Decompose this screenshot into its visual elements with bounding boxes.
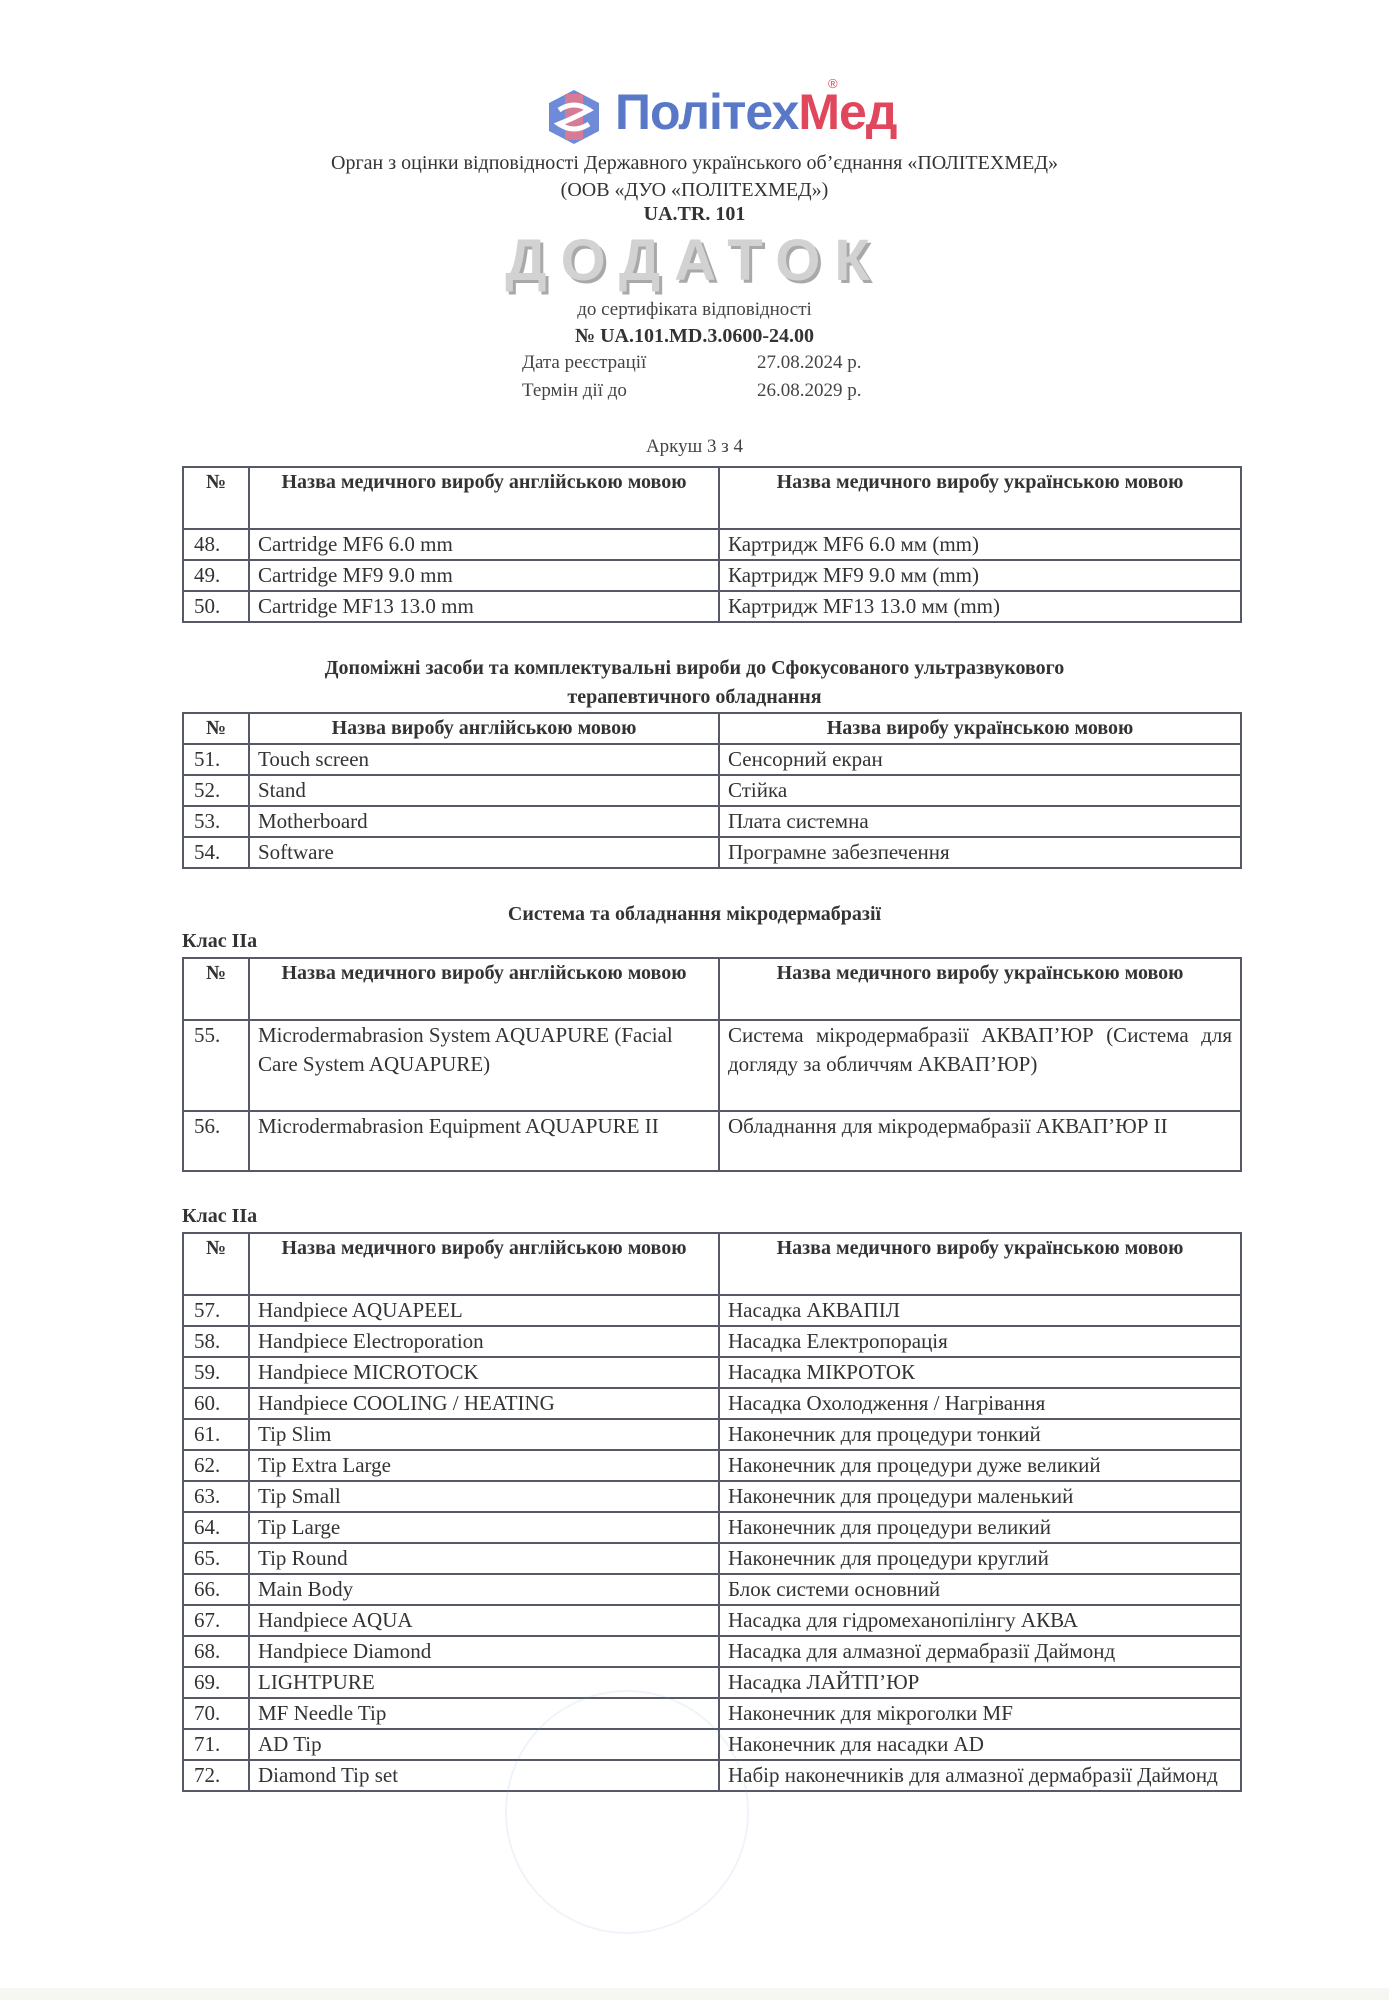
row-number: 65. bbox=[183, 1543, 249, 1574]
valid-until-row: Термін дії до 26.08.2029 р. bbox=[522, 380, 627, 402]
table-row: 50.Cartridge MF13 13.0 mmКартридж MF13 1… bbox=[183, 591, 1241, 622]
valid-until-value: 26.08.2029 р. bbox=[757, 380, 862, 402]
row-number: 52. bbox=[183, 775, 249, 806]
table-row: 58.Handpiece ElectroporationНасадка Елек… bbox=[183, 1326, 1241, 1357]
registration-date-value: 27.08.2024 р. bbox=[757, 352, 862, 374]
table-row: 59.Handpiece MICROTOCKНасадка МІКРОТОК bbox=[183, 1357, 1241, 1388]
row-name-en: Tip Small bbox=[249, 1481, 719, 1512]
table-row: 61.Tip SlimНаконечник для процедури тонк… bbox=[183, 1419, 1241, 1450]
header-number: № bbox=[183, 467, 249, 529]
table-row: 53.MotherboardПлата системна bbox=[183, 806, 1241, 837]
row-name-uk: Блок системи основний bbox=[719, 1574, 1241, 1605]
row-name-uk: Насадка для алмазної дермабразії Даймонд bbox=[719, 1636, 1241, 1667]
row-number: 70. bbox=[183, 1698, 249, 1729]
row-name-uk: Насадка для гідромеханопілінгу АКВА bbox=[719, 1605, 1241, 1636]
header-name-en: Назва виробу англійською мовою bbox=[249, 713, 719, 744]
row-name-uk: Насадка МІКРОТОК bbox=[719, 1357, 1241, 1388]
table-row: 49.Cartridge MF9 9.0 mmКартридж MF9 9.0 … bbox=[183, 560, 1241, 591]
section-title-microdermabrasion: Система та обладнання мікродермабразії bbox=[0, 900, 1389, 929]
header-number: № bbox=[183, 958, 249, 1020]
row-number: 64. bbox=[183, 1512, 249, 1543]
row-name-en: Cartridge MF9 9.0 mm bbox=[249, 560, 719, 591]
org-line-1: Орган з оцінки відповідності Державного … bbox=[0, 150, 1389, 177]
logo-text-red: Мед bbox=[798, 84, 896, 140]
row-name-uk: Програмне забезпечення bbox=[719, 837, 1241, 868]
row-number: 50. bbox=[183, 591, 249, 622]
row-name-uk: Набір наконечників для алмазної дермабра… bbox=[719, 1760, 1241, 1791]
header-name-uk: Назва медичного виробу українською мовою bbox=[719, 467, 1241, 529]
row-name-en: Tip Slim bbox=[249, 1419, 719, 1450]
row-name-uk: Наконечник для мікроголки MF bbox=[719, 1698, 1241, 1729]
table-row: 55.Microdermabrasion System AQUAPURE (Fa… bbox=[183, 1020, 1241, 1111]
table-header-row: № Назва медичного виробу англійською мов… bbox=[183, 467, 1241, 529]
row-number: 63. bbox=[183, 1481, 249, 1512]
row-name-uk: Насадка ЛАЙТП’ЮР bbox=[719, 1667, 1241, 1698]
row-number: 55. bbox=[183, 1020, 249, 1111]
row-number: 59. bbox=[183, 1357, 249, 1388]
row-name-en: Handpiece MICROTOCK bbox=[249, 1357, 719, 1388]
row-name-uk: Наконечник для процедури тонкий bbox=[719, 1419, 1241, 1450]
row-number: 51. bbox=[183, 744, 249, 775]
row-number: 58. bbox=[183, 1326, 249, 1357]
valid-until-label: Термін дії до bbox=[522, 380, 627, 401]
scan-edge bbox=[0, 1988, 1389, 2000]
row-number: 67. bbox=[183, 1605, 249, 1636]
row-number: 53. bbox=[183, 806, 249, 837]
table-row: 65.Tip RoundНаконечник для процедури кру… bbox=[183, 1543, 1241, 1574]
table-row: 51.Touch screenСенсорний екран bbox=[183, 744, 1241, 775]
table-row: 67.Handpiece AQUAНасадка для гідромехано… bbox=[183, 1605, 1241, 1636]
row-number: 68. bbox=[183, 1636, 249, 1667]
table-row: 66.Main BodyБлок системи основний bbox=[183, 1574, 1241, 1605]
header-name-uk: Назва медичного виробу українською мовою bbox=[719, 958, 1241, 1020]
row-name-en: Touch screen bbox=[249, 744, 719, 775]
row-name-uk: Насадка АКВАПІЛ bbox=[719, 1295, 1241, 1326]
logo-text-blue: Політех bbox=[615, 84, 798, 140]
row-number: 66. bbox=[183, 1574, 249, 1605]
row-name-en: Microdermabrasion Equipment AQUAPURE II bbox=[249, 1111, 719, 1171]
header-name-en: Назва медичного виробу англійською мовою bbox=[249, 958, 719, 1020]
table-row: 64.Tip LargeНаконечник для процедури вел… bbox=[183, 1512, 1241, 1543]
row-name-uk: Картридж MF6 6.0 мм (mm) bbox=[719, 529, 1241, 560]
row-name-uk: Стійка bbox=[719, 775, 1241, 806]
table-row: 54.SoftwareПрограмне забезпечення bbox=[183, 837, 1241, 868]
row-name-en: Handpiece Diamond bbox=[249, 1636, 719, 1667]
table-row: 62.Tip Extra LargeНаконечник для процеду… bbox=[183, 1450, 1241, 1481]
organization-name: Орган з оцінки відповідності Державного … bbox=[0, 150, 1389, 204]
faint-stamp bbox=[505, 1690, 749, 1934]
row-name-en: Software bbox=[249, 837, 719, 868]
header-number: № bbox=[183, 713, 249, 744]
row-number: 54. bbox=[183, 837, 249, 868]
row-name-en: Cartridge MF13 13.0 mm bbox=[249, 591, 719, 622]
row-number: 60. bbox=[183, 1388, 249, 1419]
row-name-uk: Наконечник для процедури маленький bbox=[719, 1481, 1241, 1512]
annex-title: ДОДАТОК bbox=[0, 229, 1389, 293]
row-number: 69. bbox=[183, 1667, 249, 1698]
row-name-en: Tip Large bbox=[249, 1512, 719, 1543]
row-name-uk: Картридж MF9 9.0 мм (mm) bbox=[719, 560, 1241, 591]
row-name-en: Handpiece AQUAPEEL bbox=[249, 1295, 719, 1326]
table-accessories: № Назва виробу англійською мовою Назва в… bbox=[182, 712, 1242, 869]
table-handpieces-tips: № Назва медичного виробу англійською мов… bbox=[182, 1232, 1242, 1792]
org-code: UA.TR. 101 bbox=[0, 203, 1389, 226]
row-name-uk: Сенсорний екран bbox=[719, 744, 1241, 775]
logo-mark-icon bbox=[545, 88, 603, 146]
section-title-accessories: Допоміжні засоби та комплектувальні виро… bbox=[0, 654, 1389, 712]
class-label: Клас IIа bbox=[182, 1205, 257, 1228]
certificate-number: № UA.101.MD.3.0600-24.00 bbox=[0, 325, 1389, 348]
table-row: 69.LIGHTPUREНасадка ЛАЙТП’ЮР bbox=[183, 1667, 1241, 1698]
table-row: 57.Handpiece AQUAPEELНасадка АКВАПІЛ bbox=[183, 1295, 1241, 1326]
org-line-2: (ООВ «ДУО «ПОЛІТЕХМЕД») bbox=[0, 177, 1389, 204]
row-name-uk: Наконечник для процедури дуже великий bbox=[719, 1450, 1241, 1481]
row-name-uk: Насадка Електропорація bbox=[719, 1326, 1241, 1357]
header-name-uk: Назва медичного виробу українською мовою bbox=[719, 1233, 1241, 1295]
row-name-en: Microdermabrasion System AQUAPURE (Facia… bbox=[249, 1020, 719, 1111]
row-name-uk: Обладнання для мікродермабразії АКВАП’ЮР… bbox=[719, 1111, 1241, 1171]
header-name-uk: Назва виробу українською мовою bbox=[719, 713, 1241, 744]
row-name-uk: Система мікродермабразії АКВАП’ЮР (Систе… bbox=[719, 1020, 1241, 1111]
header-number: № bbox=[183, 1233, 249, 1295]
row-name-en: Handpiece Electroporation bbox=[249, 1326, 719, 1357]
header-name-en: Назва медичного виробу англійською мовою bbox=[249, 467, 719, 529]
table-row: 52.StandСтійка bbox=[183, 775, 1241, 806]
logo: ПолітехМед ® bbox=[545, 78, 935, 148]
table-row: 68.Handpiece DiamondНасадка для алмазної… bbox=[183, 1636, 1241, 1667]
row-number: 61. bbox=[183, 1419, 249, 1450]
table-header-row: № Назва виробу англійською мовою Назва в… bbox=[183, 713, 1241, 744]
table-header-row: № Назва медичного виробу англійською мов… bbox=[183, 1233, 1241, 1295]
table-header-row: № Назва медичного виробу англійською мов… bbox=[183, 958, 1241, 1020]
row-number: 49. bbox=[183, 560, 249, 591]
table-row: 56.Microdermabrasion Equipment AQUAPURE … bbox=[183, 1111, 1241, 1171]
table-microdermabrasion-systems: № Назва медичного виробу англійською мов… bbox=[182, 957, 1242, 1172]
row-name-uk: Наконечник для процедури круглий bbox=[719, 1543, 1241, 1574]
row-name-uk: Картридж MF13 13.0 мм (mm) bbox=[719, 591, 1241, 622]
table-row: 63.Tip SmallНаконечник для процедури мал… bbox=[183, 1481, 1241, 1512]
row-name-uk: Наконечник для процедури великий bbox=[719, 1512, 1241, 1543]
row-name-uk: Насадка Охолодження / Нагрівання bbox=[719, 1388, 1241, 1419]
row-name-en: Handpiece AQUA bbox=[249, 1605, 719, 1636]
row-number: 62. bbox=[183, 1450, 249, 1481]
table-row: 48.Cartridge MF6 6.0 mmКартридж MF6 6.0 … bbox=[183, 529, 1241, 560]
table-row: 60.Handpiece COOLING / HEATINGНасадка Ох… bbox=[183, 1388, 1241, 1419]
row-name-en: Cartridge MF6 6.0 mm bbox=[249, 529, 719, 560]
row-name-uk: Плата системна bbox=[719, 806, 1241, 837]
registration-date-label: Дата реєстрації bbox=[522, 352, 646, 373]
header-name-en: Назва медичного виробу англійською мовою bbox=[249, 1233, 719, 1295]
logo-wordmark: ПолітехМед bbox=[615, 82, 897, 142]
row-name-en: Tip Round bbox=[249, 1543, 719, 1574]
section-title-line-1: Допоміжні засоби та комплектувальні виро… bbox=[0, 654, 1389, 683]
sheet-number: Аркуш 3 з 4 bbox=[0, 436, 1389, 458]
class-label: Клас IIа bbox=[182, 930, 257, 953]
row-number: 72. bbox=[183, 1760, 249, 1791]
row-number: 48. bbox=[183, 529, 249, 560]
row-name-en: Motherboard bbox=[249, 806, 719, 837]
row-number: 57. bbox=[183, 1295, 249, 1326]
annex-subtitle: до сертифіката відповідності bbox=[0, 299, 1389, 321]
registration-date-row: Дата реєстрації 27.08.2024 р. bbox=[522, 352, 646, 374]
registered-mark-icon: ® bbox=[828, 76, 838, 91]
row-name-en: Tip Extra Large bbox=[249, 1450, 719, 1481]
section-title-line-2: терапевтичного обладнання bbox=[0, 683, 1389, 712]
table-cartridges: № Назва медичного виробу англійською мов… bbox=[182, 466, 1242, 623]
row-name-en: Stand bbox=[249, 775, 719, 806]
row-name-uk: Наконечник для насадки AD bbox=[719, 1729, 1241, 1760]
row-name-en: Handpiece COOLING / HEATING bbox=[249, 1388, 719, 1419]
row-number: 56. bbox=[183, 1111, 249, 1171]
row-name-en: Main Body bbox=[249, 1574, 719, 1605]
row-number: 71. bbox=[183, 1729, 249, 1760]
